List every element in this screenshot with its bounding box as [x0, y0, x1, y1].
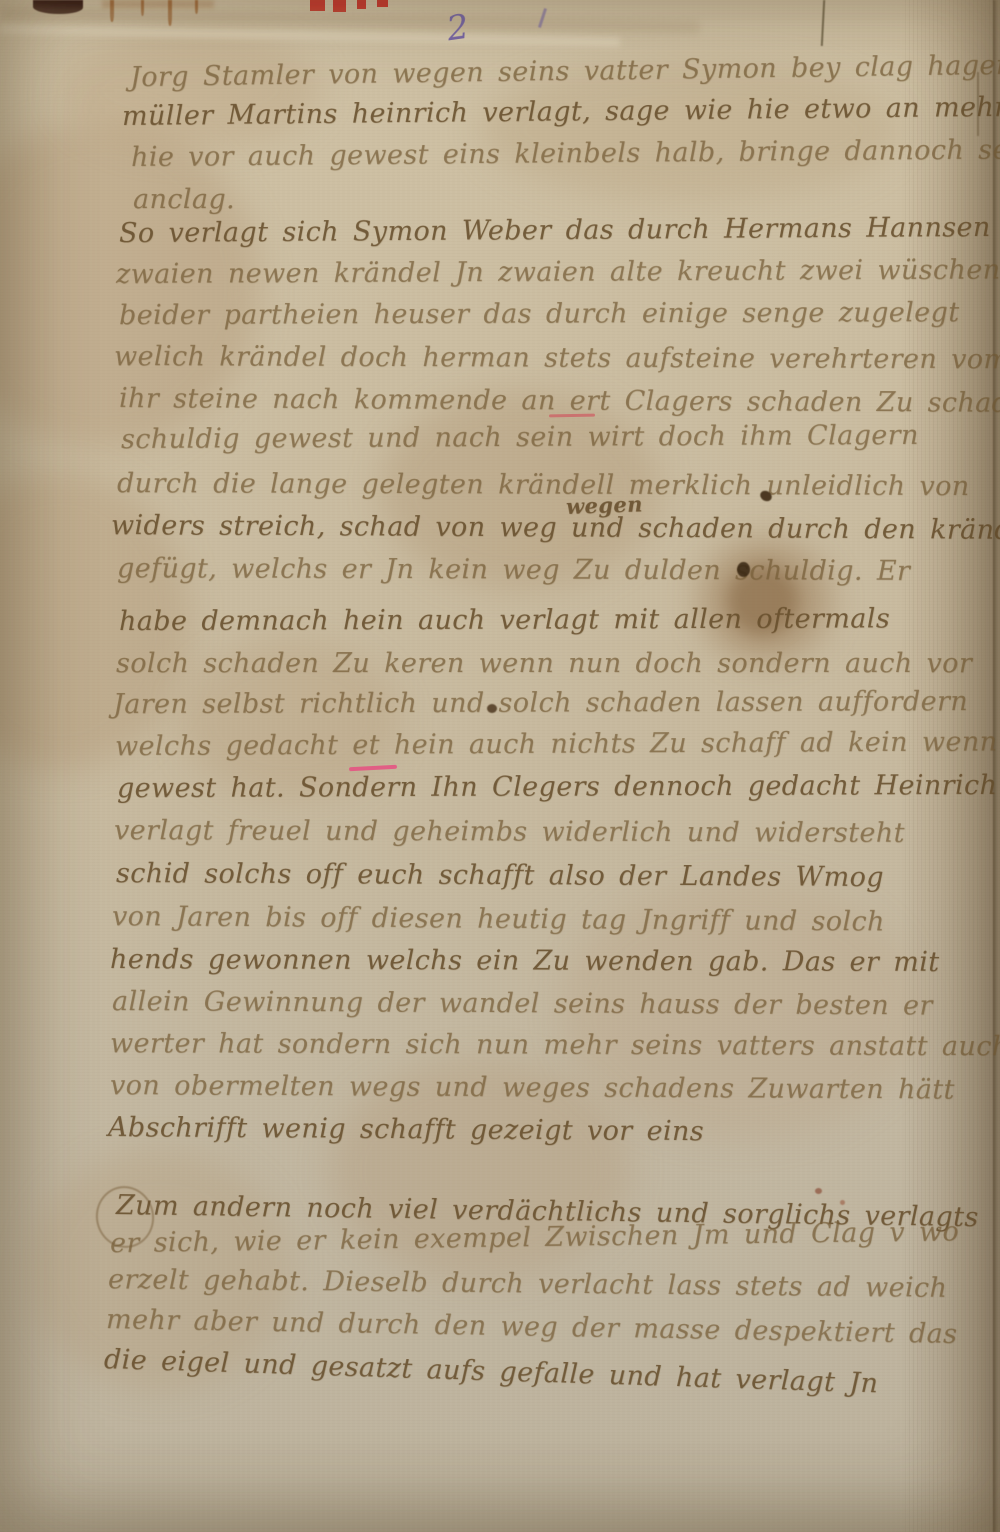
- manuscript-line: werter hat sondern sich nun mehr seins v…: [110, 1028, 1000, 1062]
- manuscript-line: hends gewonnen welchs ein Zu wenden gab.…: [110, 944, 940, 978]
- manuscript-line: welich krändel doch herman stets aufstei…: [114, 341, 1000, 375]
- red-edge-mark: [377, 0, 388, 7]
- manuscript-line: zwaien newen krändel Jn zwaien alte kreu…: [116, 254, 1000, 290]
- manuscript-line: schid solchs off euch schafft also der L…: [116, 858, 884, 893]
- manuscript-line: anclag.: [133, 184, 235, 215]
- manuscript-line: schuldig gewest und nach sein wirt doch …: [121, 420, 919, 455]
- red-edge-mark: [357, 0, 366, 9]
- manuscript-line: beider partheien heuser das durch einige…: [119, 297, 960, 331]
- red-edge-mark: [310, 0, 325, 11]
- red-edge-mark: [333, 0, 346, 12]
- manuscript-line: von obermelten wegs und weges schadens Z…: [110, 1070, 955, 1105]
- ink-blot: [487, 704, 497, 713]
- manuscript-line: gefügt, welchs er Jn kein weg Zu dulden …: [117, 553, 910, 587]
- manuscript-line: hie vor auch gewest eins kleinbels halb,…: [131, 134, 1000, 173]
- paper-crack: [821, 0, 825, 46]
- manuscript-line: verlagt freuel und geheimbs widerlich un…: [114, 815, 905, 849]
- manuscript-line: habe demnach hein auch verlagt mit allen…: [119, 603, 890, 637]
- manuscript-page: 2 Jorg Stamler von wegen seins vatter Sy…: [0, 0, 1000, 1532]
- manuscript-line: welchs gedacht et hein auch nichts Zu sc…: [115, 726, 998, 762]
- interlinear-insertion: wegen: [566, 491, 644, 519]
- manuscript-line: So verlagt sich Symon Weber das durch He…: [119, 212, 1000, 249]
- manuscript-line: durch die lange gelegten krändell merkli…: [117, 468, 970, 502]
- manuscript-line: allein Gewinnung der wandel seins hauss …: [112, 986, 933, 1021]
- folio-number: 2: [444, 7, 471, 50]
- manuscript-line: die eigel und gesatzt aufs gefalle und h…: [104, 1344, 879, 1399]
- paper-speck: [840, 1200, 845, 1205]
- manuscript-line: von Jaren bis off diesen heutig tag Jngr…: [112, 901, 885, 937]
- manuscript-line: widers streich, schad von weg und schade…: [111, 510, 1000, 546]
- paper-speck: [815, 1188, 822, 1194]
- manuscript-line: gewest hat. Sondern Ihn Clegers dennoch …: [117, 770, 997, 804]
- manuscript-line: Jaren selbst richtlich und solch schaden…: [113, 686, 968, 720]
- ink-blot: [737, 562, 750, 577]
- manuscript-line: solch schaden Zu keren wenn nun doch son…: [116, 648, 972, 679]
- manuscript-line: Abschrifft wenig schafft gezeigt vor ein…: [108, 1112, 704, 1147]
